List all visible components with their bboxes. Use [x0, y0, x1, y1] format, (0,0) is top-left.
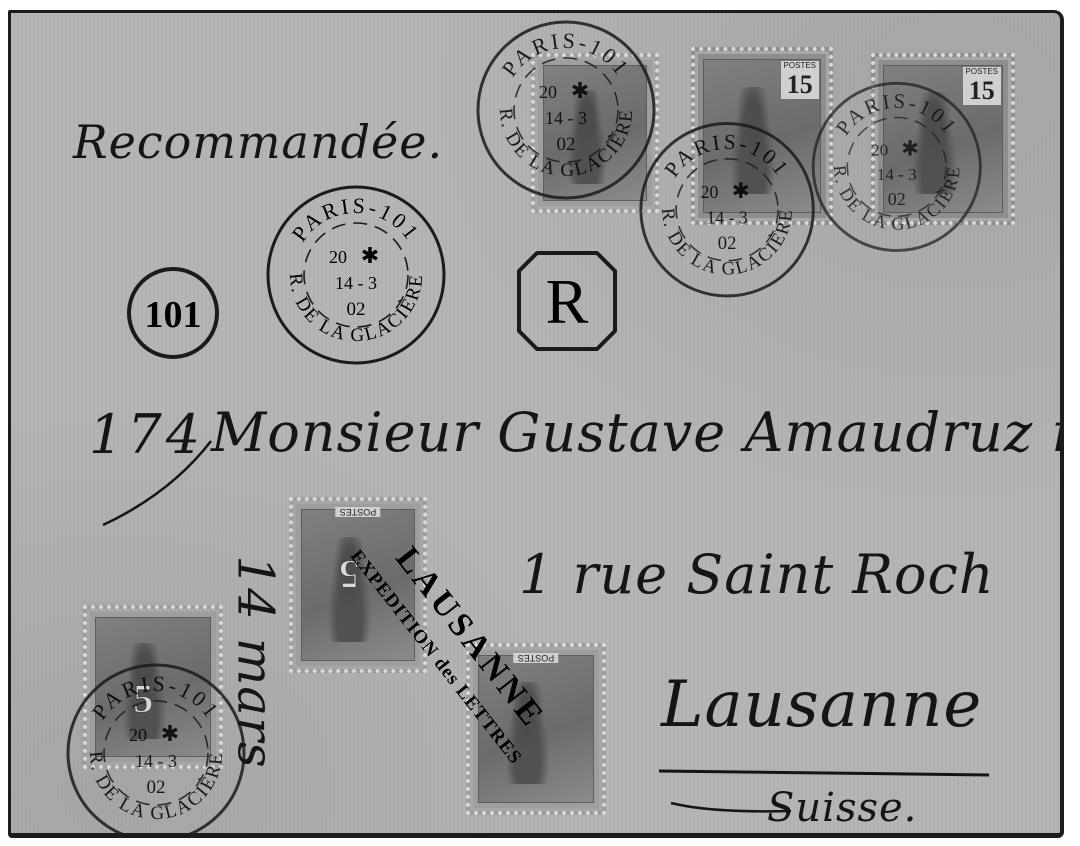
street-line: 1 rue Saint Roch — [519, 543, 995, 606]
svg-text:101: 101 — [145, 294, 202, 336]
arrival-note: 14 mars — [227, 555, 285, 768]
registered-r-mark: R — [519, 253, 615, 349]
postmark-101-office: 101 — [129, 269, 217, 357]
registration-number: 174 — [89, 403, 204, 466]
svg-text:14 - 3: 14 - 3 — [335, 273, 377, 293]
svg-text:20: 20 — [329, 247, 347, 267]
country-line: Suisse. — [767, 785, 917, 831]
svg-text:02: 02 — [347, 299, 366, 320]
svg-text:R: R — [546, 266, 589, 337]
city-line: Lausanne — [661, 668, 982, 742]
addressee-line: Monsieur Gustave Amaudruz meunier — [211, 401, 1064, 464]
svg-text:✱: ✱ — [361, 243, 379, 268]
registered-note: Recommandée. — [73, 115, 443, 169]
address-underline — [659, 771, 989, 775]
postmark-paris-101-center: PARIS-101 R. DE LA GLACIÈRE 20 ✱ 14 - 3 … — [268, 187, 444, 363]
envelope: POSTES15 POSTES15 POSTES 5 POSTES 5 PARI… — [8, 10, 1064, 838]
